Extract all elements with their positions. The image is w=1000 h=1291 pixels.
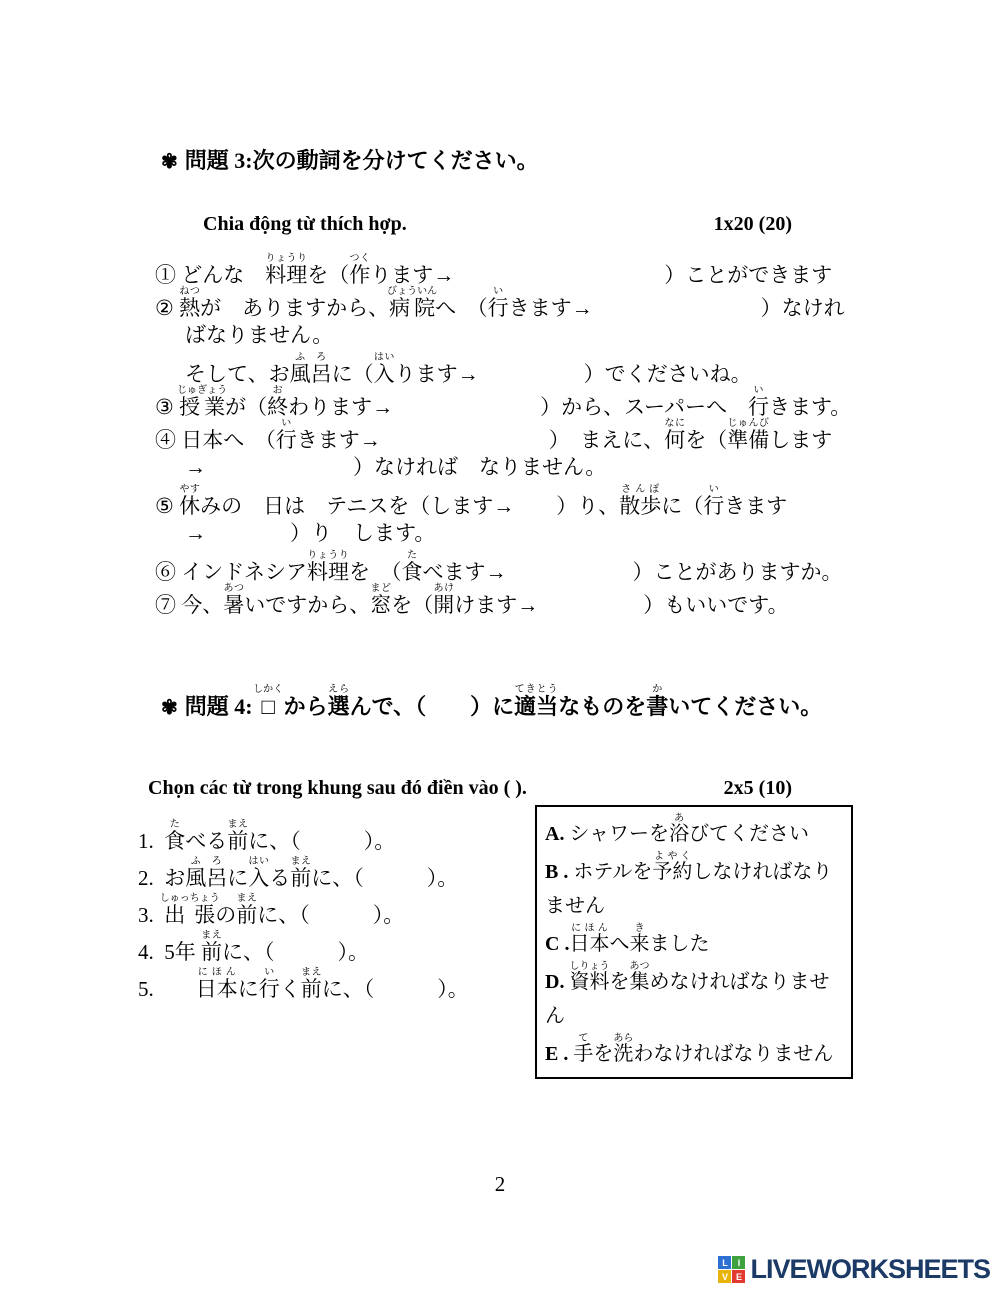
q4-points: 2x5 (10) (724, 775, 792, 801)
page-number: 2 (0, 1172, 1000, 1197)
answer-option: E . 手てを洗あらわなければなりません (545, 1033, 843, 1071)
liveworksheets-logo-text: LIVEWORKSHEETS (750, 1254, 990, 1285)
logo-square: L (718, 1256, 731, 1269)
q3-subtitle-vietnamese: Chia động từ thích hợp. (128, 211, 407, 237)
florette-icon: ✾ (161, 697, 178, 719)
q4-subheading-row: Chọn các từ trong khung sau đó điền vào … (128, 775, 870, 801)
logo-square: I (732, 1256, 745, 1269)
answer-option: A. シャワーを浴あびてください (545, 813, 843, 851)
q3-points: 1x20 (20) (714, 211, 792, 237)
answer-option-label: B . (545, 861, 568, 883)
liveworksheets-logo[interactable]: LIVE LIVEWORKSHEETS (718, 1254, 990, 1285)
answer-option-label: A. (545, 823, 564, 845)
q4-subtitle-vietnamese: Chọn các từ trong khung sau đó điền vào … (128, 775, 527, 801)
answer-option: B . ホテルを予約よやくしなければなりません (545, 851, 843, 923)
q4-exercise-list: 1. 食たべる前まえに、（ ）。2. お風ふ呂ろに入はいる前まえに、（ ）。3.… (128, 805, 535, 1004)
q3-heading: ✾問題 3:次の動詞を分けてください。 (128, 116, 870, 207)
answer-options-box: A. シャワーを浴あびてくださいB . ホテルを予約よやくしなければなりませんC… (535, 805, 853, 1079)
q3-exercise-line: ⑥ インドネシア料理りょうりを （食たべます→ ）ことがありますか。 (155, 550, 870, 583)
q3-exercise-line: ⑤ 休やすみの 日は テニスを（します→ ）り、散歩さんぽに（行いきます (155, 484, 870, 517)
q4-body: 1. 食たべる前まえに、（ ）。2. お風ふ呂ろに入はいる前まえに、（ ）。3.… (128, 805, 870, 1079)
q4-exercise-line: 2. お風ふ呂ろに入はいる前まえに、（ ）。 (138, 856, 535, 893)
answer-option-label: E . (545, 1043, 568, 1065)
q4-exercise-line: 3. 出張しゅっちょうの前まえに、（ ）。 (138, 893, 535, 930)
q4-exercise-line: 1. 食たべる前まえに、（ ）。 (138, 819, 535, 856)
worksheet-page: ✾問題 3:次の動詞を分けてください。 Chia động từ thích h… (0, 0, 1000, 1291)
section-question4: ✾問題 4: □しかく から選えらんで、（ ）に適当てきとうなものを書かいてくだ… (128, 644, 870, 1079)
logo-square: E (732, 1270, 745, 1283)
answer-option: D. 資料しりょうを集あつめなければなりません (545, 961, 843, 1033)
q3-exercise-lines: ① どんな 料理りょうりを（作つくります→ ）ことができます② 熱ねつが ありま… (128, 253, 870, 616)
q4-exercise-line: 4. 5年 前まえに、（ ）。 (138, 930, 535, 967)
q3-exercise-line: ① どんな 料理りょうりを（作つくります→ ）ことができます (155, 253, 870, 286)
answer-option-label: D. (545, 971, 564, 993)
q4-exercise-line: 5. 日本にほんに行いく前まえに、（ ）。 (138, 967, 535, 1004)
section-question3: ✾問題 3:次の動詞を分けてください。 Chia động từ thích h… (128, 116, 870, 616)
florette-icon: ✾ (161, 151, 178, 173)
answer-option: C .日本にほんへ来きました (545, 923, 843, 961)
answer-option-label: C . (545, 933, 569, 955)
q3-exercise-line: そして、お風ふ呂ろに（入はいります→ ）でくださいね。 (155, 352, 870, 385)
q3-title: 問題 3:次の動詞を分けてください。 (185, 148, 539, 173)
q4-title: 問題 4: □しかく から選えらんで、（ ）に適当てきとうなものを書かいてくださ… (185, 694, 822, 719)
logo-square: V (718, 1270, 731, 1283)
q3-subheading-row: Chia động từ thích hợp. 1x20 (20) (128, 211, 870, 237)
q4-heading: ✾問題 4: □しかく から選えらんで、（ ）に適当てきとうなものを書かいてくだ… (128, 644, 870, 771)
liveworksheets-logo-icon: LIVE (718, 1256, 745, 1283)
